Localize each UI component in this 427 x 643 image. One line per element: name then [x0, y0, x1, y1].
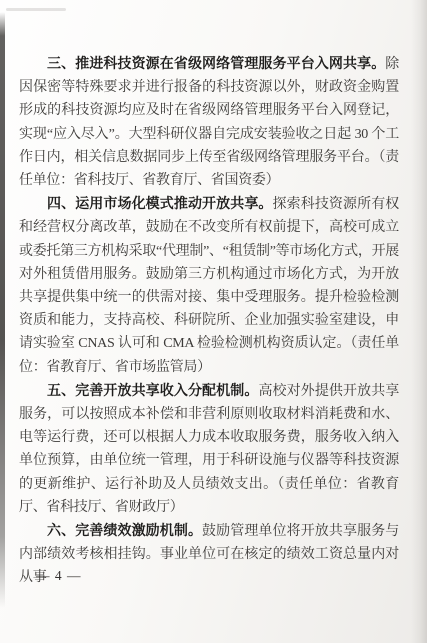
section-5-heading: 五、完善开放共享收入分配机制。 — [47, 382, 258, 398]
scan-edge-artifact-left — [0, 12, 5, 608]
section-3-body: 除因保密等特殊要求并进行报备的科技资源以外，财政资金购置形成的科技资源均应及时在… — [19, 57, 399, 188]
section-6-heading: 六、完善绩效激励机制。 — [47, 522, 202, 538]
paragraph-section-4: 四、运用市场化模式推动开放共享。探索科技资源所有权和经营权分离改革，鼓励在不改变… — [19, 192, 399, 379]
section-4-body: 探索科技资源所有权和经营权分离改革，鼓励在不改变所有权前提下，高校可成立或委托第… — [19, 197, 399, 374]
section-5-body: 高校对外提供开放共享服务，可以按照成本补偿和非营利原则收取材料消耗费和水、电等运… — [19, 384, 399, 515]
scanned-document-page: 三、推进科技资源在省级网络管理服务平台入网共享。除因保密等特殊要求并进行报备的科… — [0, 0, 427, 643]
scan-smudge-artifact-top — [6, 8, 66, 11]
document-text-block: 三、推进科技资源在省级网络管理服务平台入网共享。除因保密等特殊要求并进行报备的科… — [19, 52, 399, 590]
page-number: — 4 — — [36, 568, 82, 584]
section-3-heading: 三、推进科技资源在省级网络管理服务平台入网共享。 — [47, 55, 385, 71]
scan-shadow-artifact-right — [411, 0, 427, 643]
paragraph-section-5: 五、完善开放共享收入分配机制。高校对外提供开放共享服务，可以按照成本补偿和非营利… — [19, 379, 399, 519]
paragraph-section-3: 三、推进科技资源在省级网络管理服务平台入网共享。除因保密等特殊要求并进行报备的科… — [19, 52, 399, 192]
section-4-heading: 四、运用市场化模式推动开放共享。 — [47, 195, 273, 211]
